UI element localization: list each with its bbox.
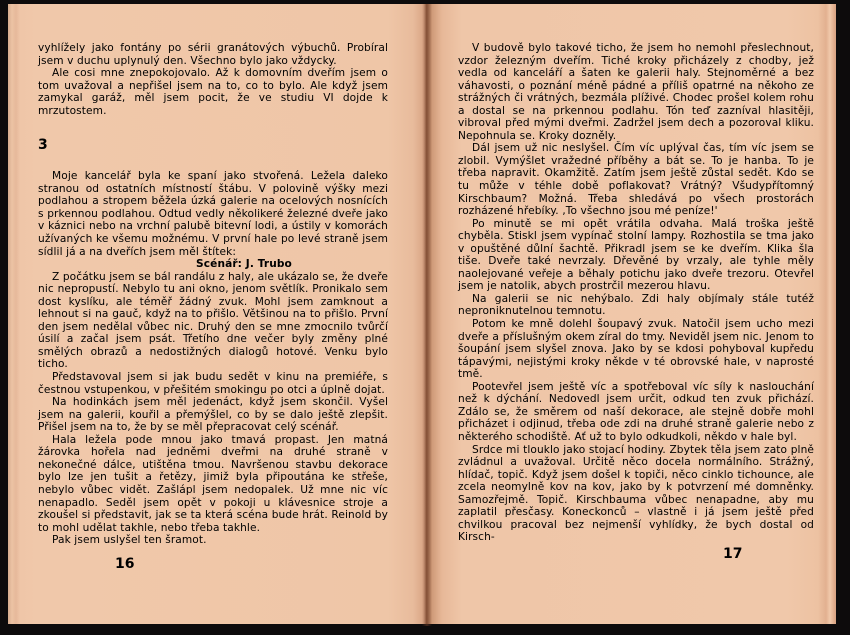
paragraph: Z počátku jsem se bál randálu z haly, al… (38, 271, 388, 371)
paragraph: Po minutě se mi opět vrátila odvaha. Mal… (458, 218, 814, 293)
door-sign: Scénář: J. Trubo (38, 258, 388, 271)
paragraph: Potom ke mně dolehl šoupavý zvuk. Natoči… (458, 318, 814, 381)
paragraph: Hala ležela pode mnou jako tmavá propast… (38, 434, 388, 534)
right-page-text: V budově bylo takové ticho, že jsem ho n… (458, 42, 814, 544)
paragraph: Ale cosi mne znepokojovalo. Až k domovní… (38, 67, 388, 117)
left-page-text: vyhlížely jako fontány po sérii granátov… (38, 42, 388, 547)
page-number-left: 16 (115, 556, 134, 572)
paragraph: Srdce mi tlouklo jako stojací hodiny. Zb… (458, 444, 814, 544)
paragraph: vyhlížely jako fontány po sérii granátov… (38, 42, 388, 67)
paragraph: Představoval jsem si jak budu sedět v ki… (38, 371, 388, 396)
book-spine (422, 4, 432, 626)
open-book: vyhlížely jako fontány po sérii granátov… (8, 4, 846, 628)
paragraph: Moje kancelář byla ke spaní jako stvořen… (38, 170, 388, 258)
paragraph: V budově bylo takové ticho, že jsem ho n… (458, 42, 814, 142)
paragraph: Pootevřel jsem ještě víc a spotřeboval v… (458, 381, 814, 444)
chapter-number: 3 (38, 137, 388, 153)
paragraph: Na hodinkách jsem měl jedenáct, když jse… (38, 396, 388, 434)
paragraph: Dál jsem už nic neslyšel. Čím víc uplýva… (458, 142, 814, 217)
paragraph: Pak jsem uslyšel ten šramot. (38, 534, 388, 547)
paragraph: Na galerii se nic nehýbalo. Zdi haly obj… (458, 293, 814, 318)
page-number-right: 17 (723, 546, 742, 562)
